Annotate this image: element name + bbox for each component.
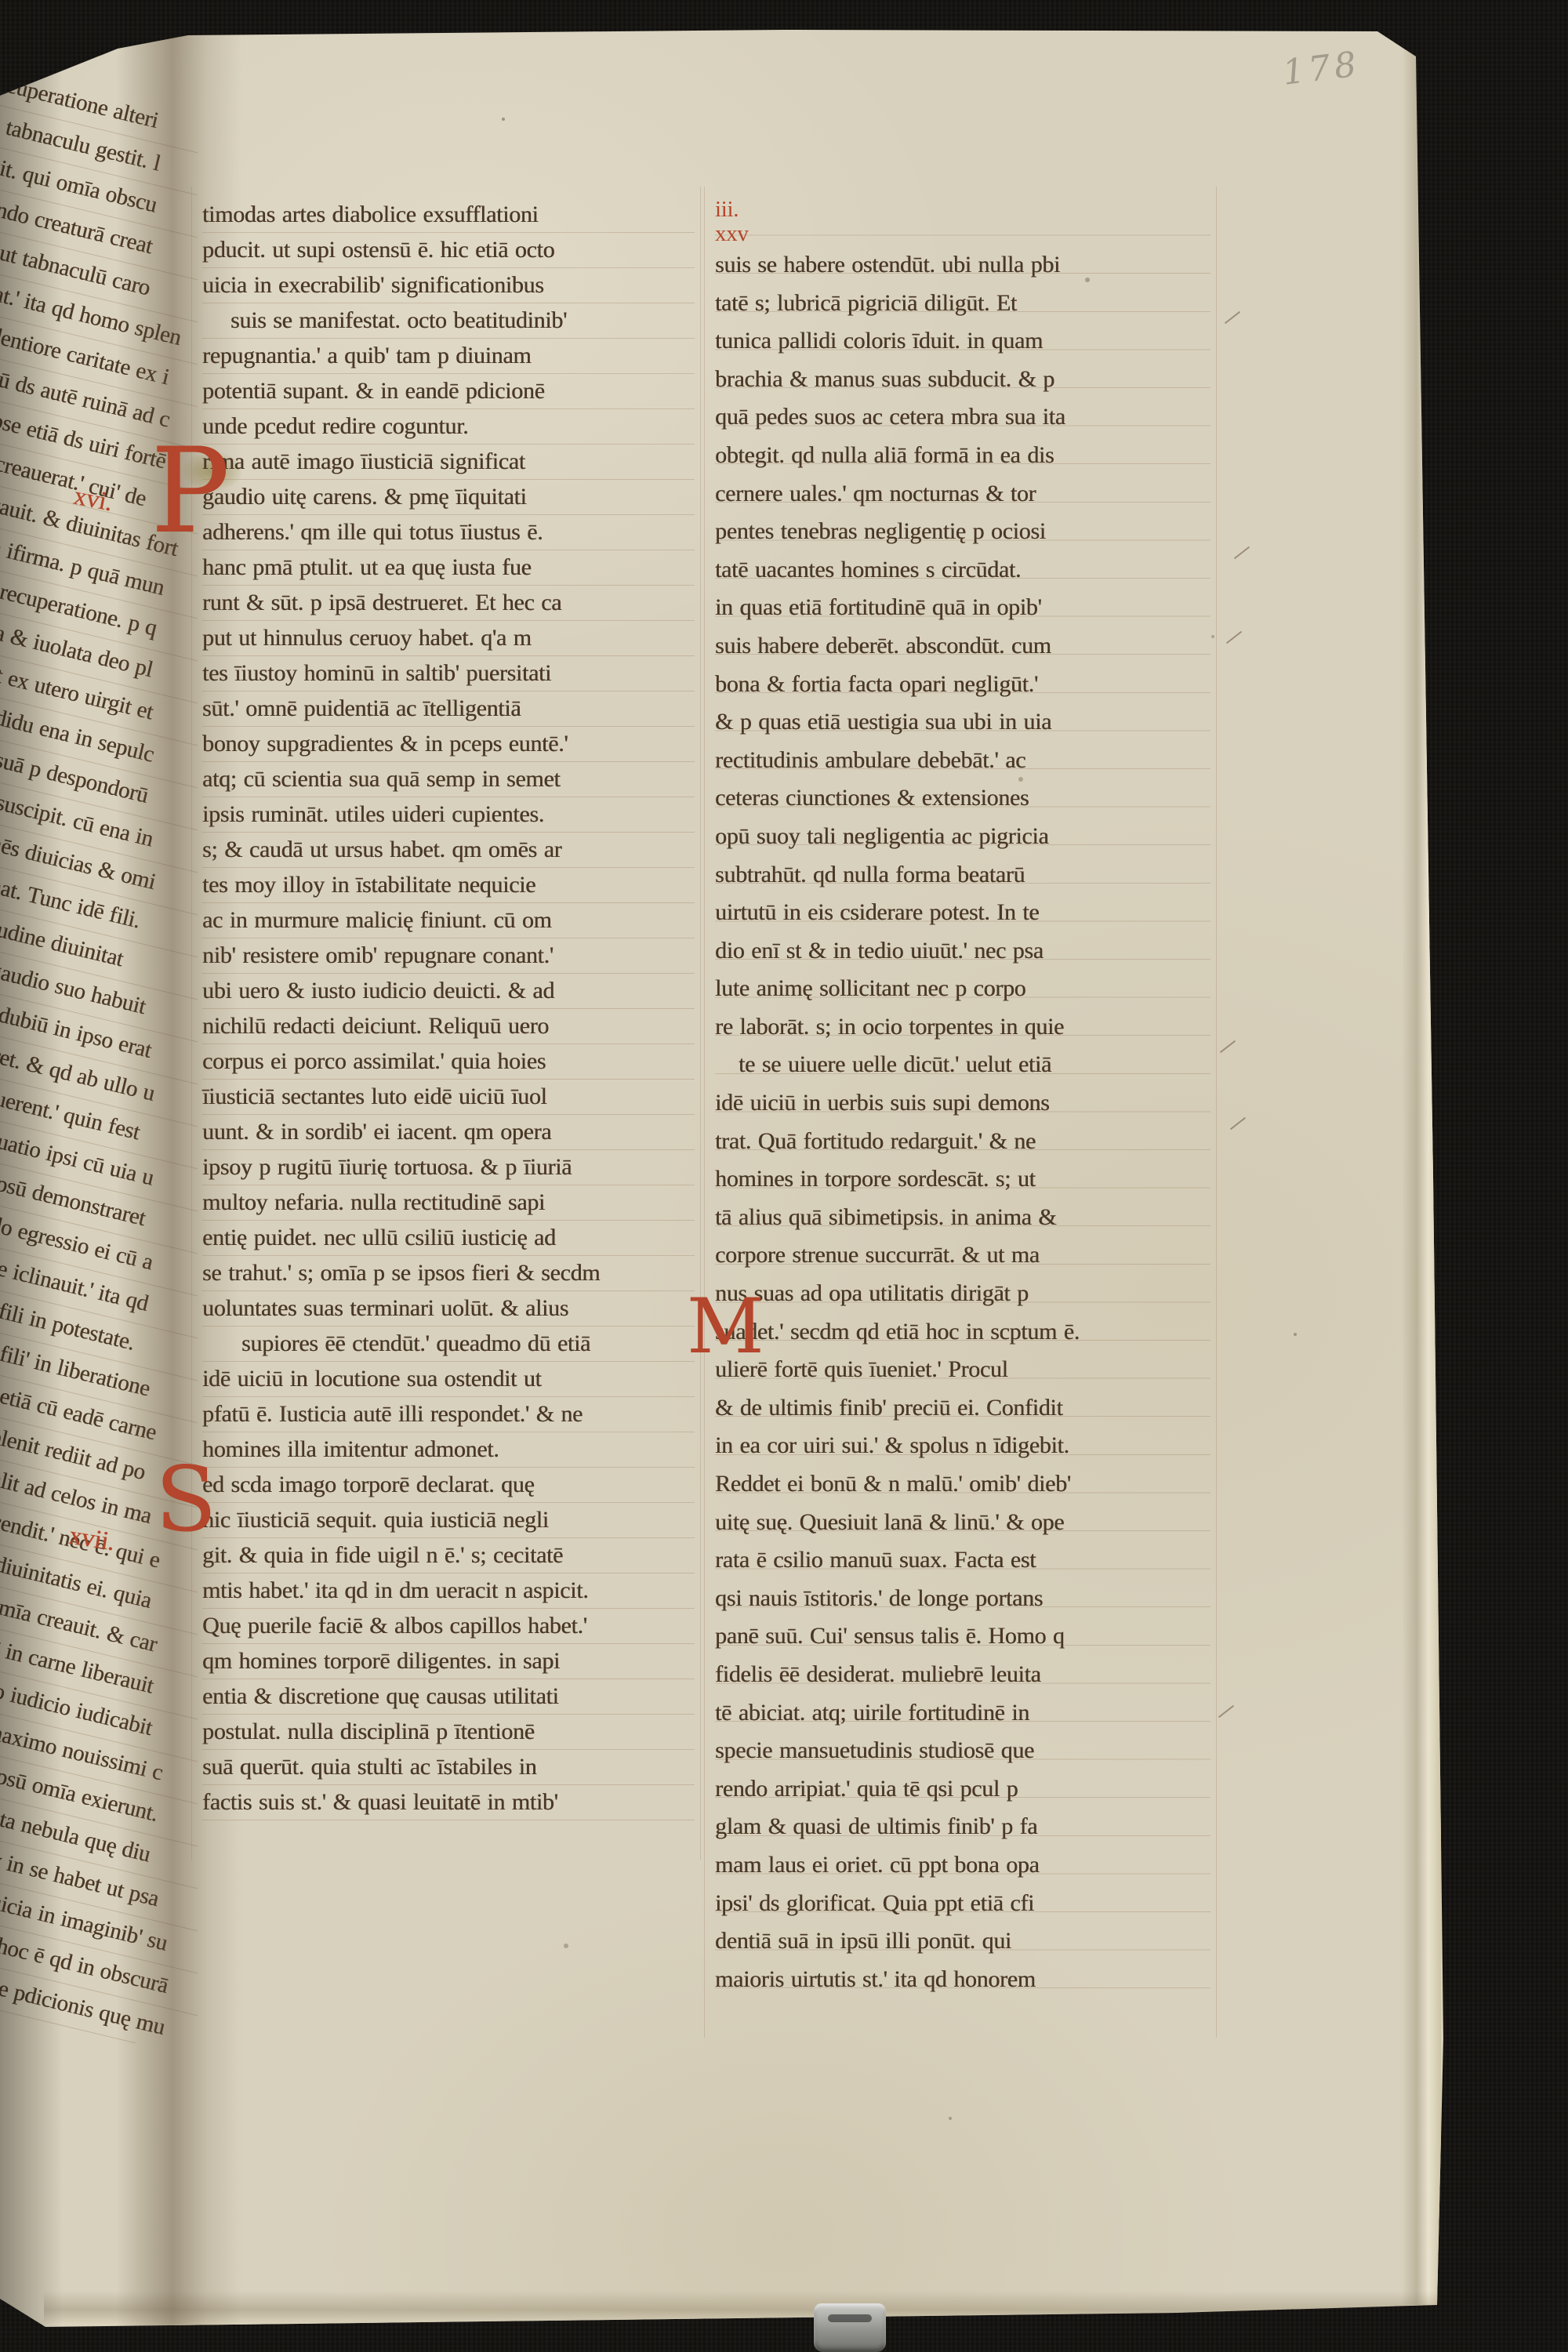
- text-line: s; & caudā ut ursus habet. qm omēs ar: [202, 833, 695, 868]
- text-line: ceteras ciunctiones & extensiones: [715, 779, 1210, 818]
- text-line: qsi nauis īstitoris.' de longe portans: [715, 1580, 1210, 1618]
- text-line: uoluntates suas terminari uolūt. & alius: [202, 1291, 695, 1327]
- pen-trial-mark: [1234, 546, 1250, 559]
- text-line: potentiā supant. & in eandē pdicionē: [202, 374, 695, 409]
- text-line: sūt.' omnē puidentiā ac ītelligentiā: [202, 691, 695, 727]
- text-line: corpus ei porco assimilat.' quia hoies: [202, 1044, 695, 1080]
- text-line: trat. Quā fortitudo redarguit.' & ne: [715, 1123, 1210, 1161]
- text-line: postulat. nulla disciplinā p ītentionē: [202, 1715, 695, 1750]
- pen-trial-mark: [1220, 1040, 1236, 1053]
- page-edge-bottom: [44, 2291, 1439, 2325]
- text-line: atq; cū scientia sua quā semp in semet: [202, 762, 695, 797]
- text-line: put ut hinnulus ceruoy habet. q'a m: [202, 621, 695, 656]
- text-line: ipsi' ds glorificat. Quia ppt etiā cfi: [715, 1885, 1210, 1923]
- text-line: brachia & manus suas subducit. & p: [715, 361, 1210, 399]
- text-line: bona & fortia facta opari negligūt.': [715, 666, 1210, 704]
- text-line: entię puidet. nec ullū csiliū iusticię a…: [202, 1221, 695, 1256]
- text-line: idē uiciū in uerbis suis supi demons: [715, 1084, 1210, 1123]
- text-column-1: P S xvi. xvii. timodas artes diabolice e…: [202, 198, 695, 1820]
- text-line: unde pcedut redire coguntur.: [202, 409, 695, 445]
- manuscript-photograph: n recuperatione alteriam tabnaculu gesti…: [0, 0, 1568, 2352]
- text-line: ac in murmure malicię finiunt. cū om: [202, 903, 695, 938]
- text-line: rata ē csilio manuū suax. Facta est: [715, 1541, 1210, 1580]
- text-line: maioris uirtutis st.' ita qd honorem: [715, 1961, 1210, 1999]
- text-line: re laborāt. s; in ocio torpentes in quie: [715, 1008, 1210, 1047]
- text-line: subtrahūt. qd nulla forma beatarū: [715, 856, 1210, 895]
- text-line: in quas etiā fortitudinē quā in opib': [715, 589, 1210, 627]
- text-line: rectitudinis ambulare debebāt.' ac: [715, 742, 1210, 780]
- text-line: tā alius quā sibimetipsis. in anima &: [715, 1199, 1210, 1237]
- text-line: tatē s; lubricā pigriciā diligūt. Et: [715, 285, 1210, 323]
- text-line: īiusticiā sectantes luto eidē uiciū īuol: [202, 1080, 695, 1115]
- book-holder-clip: [814, 2303, 886, 2352]
- text-line: runt & sūt. p ipsā destrueret. Et hec ca: [202, 586, 695, 621]
- rubricated-initial-p: P: [151, 433, 230, 550]
- text-line: supiores ēē ctendūt.' queadmo dū etiā: [202, 1327, 695, 1362]
- text-line: nus suas ad opa utilitatis dirigāt p: [715, 1275, 1210, 1313]
- text-line: opū suoy tali negligentia ac pigricia: [715, 818, 1210, 856]
- text-column-2: M iii. xxv suis se habere ostendūt. ubi …: [715, 198, 1210, 1998]
- page-edge-right: [1402, 38, 1441, 2305]
- pen-trial-mark: [1218, 1705, 1234, 1718]
- text-line: suis se manifestat. octo beatitudinib': [202, 303, 695, 339]
- text-line: pducit. ut supi ostensū ē. hic etiā octo: [202, 233, 695, 268]
- text-line: hic īiusticiā sequit. quia iusticiā negl…: [202, 1503, 695, 1538]
- text-line: entia & discretione quę causas utilitati: [202, 1679, 695, 1715]
- rubricated-initial-m: M: [687, 1289, 764, 1364]
- text-line: ipsoy p rugitū īiurię tortuosa. & p īiur…: [202, 1150, 695, 1185]
- chapter-number-iii-xxv: iii. xxv: [715, 198, 1210, 246]
- text-line: uirtutū in eis csiderare potest. In te: [715, 894, 1210, 932]
- text-line: dio enī st & in tedio uiuūt.' nec psa: [715, 932, 1210, 971]
- text-line: multoy nefaria. nulla rectitudinē sapi: [202, 1185, 695, 1221]
- text-line: specie mansuetudinis studiosē que: [715, 1732, 1210, 1770]
- text-line: uicia in execrabilib' significationibus: [202, 268, 695, 303]
- text-line: homines in torpore sordescāt. s; ut: [715, 1160, 1210, 1199]
- text-line: idē uiciū in locutione sua ostendit ut: [202, 1362, 695, 1397]
- text-line: & p quas etiā uestigia sua ubi in uia: [715, 703, 1210, 742]
- book-holder-clip-slot: [828, 2314, 872, 2322]
- text-line: in ea cor uiri sui.' & spolus n īdigebit…: [715, 1427, 1210, 1465]
- text-line: uitę suę. Quesiuit lanā & linū.' & ope: [715, 1504, 1210, 1542]
- text-line: ubi uero & iusto iudicio deuicti. & ad: [202, 974, 695, 1009]
- text-line: dentiā suā in ipsū illi ponūt. qui: [715, 1922, 1210, 1961]
- text-line: repugnantia.' a quib' tam p diuinam: [202, 339, 695, 374]
- text-line: uunt. & in sordib' ei iacent. qm opera: [202, 1115, 695, 1150]
- text-line: timodas artes diabolice exsufflationi: [202, 198, 695, 233]
- text-line: fidelis ēē desiderat. muliebrē leuita: [715, 1656, 1210, 1694]
- text-line: lute animę sollicitant nec p corpo: [715, 970, 1210, 1008]
- text-line: suis habere deberēt. abscondūt. cum: [715, 627, 1210, 666]
- pen-trial-mark: [1225, 311, 1240, 324]
- text-line: nib' resistere omib' repugnare conant.': [202, 938, 695, 974]
- text-line: ipsis rumināt. utiles uideri cupientes.: [202, 797, 695, 833]
- text-line: tunica pallidi coloris īduit. in quam: [715, 322, 1210, 361]
- text-line: bonoy supgradientes & in pceps euntē.': [202, 727, 695, 762]
- text-line: tatē uacantes homines s circūdat.: [715, 551, 1210, 590]
- text-line: hanc pmā ptulit. ut ea quę iusta fue: [202, 550, 695, 586]
- text-line: suā querūt. quia stulti ac īstabiles in: [202, 1750, 695, 1785]
- manuscript-page: n recuperatione alteriam tabnaculu gesti…: [0, 0, 1568, 2352]
- text-line: homines illa imitentur admonet.: [202, 1432, 695, 1468]
- folio-number: 178: [1280, 44, 1362, 93]
- text-line: tes moy illoy in īstabilitate nequicie: [202, 868, 695, 903]
- text-line: suis se habere ostendūt. ubi nulla pbi: [715, 246, 1210, 285]
- text-line: gaudio uitę carens. & pmę īiquitati: [202, 480, 695, 515]
- text-line: tē abiciat. atq; uirile fortitudinē in: [715, 1694, 1210, 1733]
- text-line: qm homines torporē diligentes. in sapi: [202, 1644, 695, 1679]
- pen-trial-mark: [1226, 631, 1242, 644]
- text-line: cernere uales.' qm nocturnas & tor: [715, 475, 1210, 514]
- text-line: panē suū. Cui' sensus talis ē. Homo q: [715, 1617, 1210, 1656]
- text-line: nichilū redacti deiciunt. Reliquū uero: [202, 1009, 695, 1044]
- text-line: ulierē fortē quis īueniet.' Procul: [715, 1351, 1210, 1389]
- text-line: ed scda imago torporē declarat. quę: [202, 1468, 695, 1503]
- text-line: se trahut.' s; omīa p se ipsos fieri & s…: [202, 1256, 695, 1291]
- text-line: glam & quasi de ultimis finib' p fa: [715, 1808, 1210, 1846]
- text-line: git. & quia in fide uigil n ē.' s; cecit…: [202, 1538, 695, 1573]
- text-line: pentes tenebras negligentię p ociosi: [715, 513, 1210, 551]
- text-line: tes īiustoy hominū in saltib' puersitati: [202, 656, 695, 691]
- text-line: mtis habet.' ita qd in dm ueracit n aspi…: [202, 1573, 695, 1609]
- text-line: & de ultimis finib' preciū ei. Confidit: [715, 1389, 1210, 1428]
- text-line: rima autē imago īiusticiā significat: [202, 445, 695, 480]
- chapter-number-chapter: xxv: [715, 222, 1210, 246]
- chapter-number-book: iii.: [715, 198, 1210, 222]
- text-line: corpore strenue succurrāt. & ut ma: [715, 1236, 1210, 1275]
- text-line: pfatū ē. Iusticia autē illi respondet.' …: [202, 1397, 695, 1432]
- text-line: Quę puerile faciē & albos capillos habet…: [202, 1609, 695, 1644]
- text-line: suadet.' secdm qd etiā hoc in scptum ē.: [715, 1313, 1210, 1352]
- parchment-speckles: [502, 118, 505, 121]
- text-line: mam laus ei oriet. cū ppt bona opa: [715, 1846, 1210, 1885]
- left-edge-shading: [0, 0, 63, 2352]
- pen-trial-mark: [1230, 1117, 1246, 1130]
- text-line: Reddet ei bonū & n malū.' omib' dieb': [715, 1465, 1210, 1504]
- text-line: te se uiuere uelle dicūt.' uelut etiā: [715, 1046, 1210, 1084]
- rubricated-initial-s: S: [155, 1455, 216, 1544]
- text-line: rendo arripiat.' quia tē qsi pcul p: [715, 1770, 1210, 1809]
- text-line: factis suis st.' & quasi leuitatē in mti…: [202, 1785, 695, 1820]
- text-line: adherens.' qm ille qui totus īiustus ē.: [202, 515, 695, 550]
- text-line: quā pedes suos ac cetera mbra sua ita: [715, 398, 1210, 437]
- text-line: obtegit. qd nulla aliā formā in ea dis: [715, 437, 1210, 475]
